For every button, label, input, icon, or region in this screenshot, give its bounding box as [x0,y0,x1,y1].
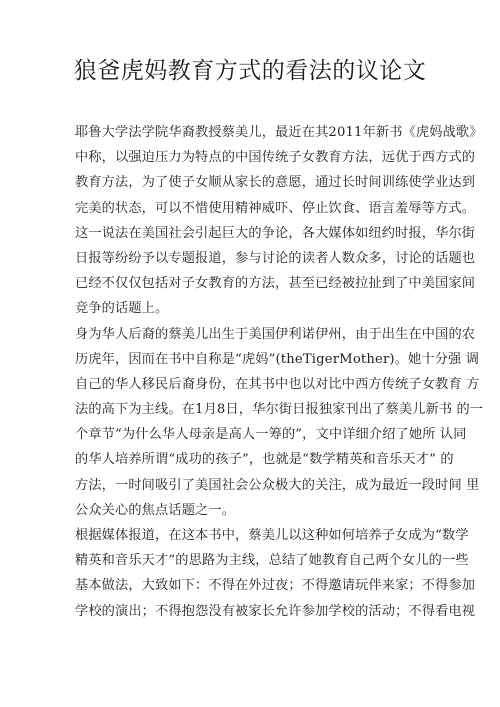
text-line: 日报等纷纷予以专题报道，参与讨论的读者人数众多，讨论的话题也 [75,246,439,271]
paragraph-3: 身为华人后裔的蔡美儿出生于美国伊利诺伊州，由于出生在中国的农 历虎年，因而在书中… [75,322,439,524]
document-page: 狼爸虎妈教育方式的看法的议论文 耶鲁大学法学院华裔教授蔡美儿，最近在其2011年… [0,0,500,707]
text-line: 根据媒体报道，在这本书中，蔡美儿以这种如何培养子女成为“数学 [75,523,439,548]
text-line: 法的高下为主线。在1月8日，华尔街日报独家刊出了蔡美儿新书 的一 [75,397,439,422]
text-line: 基本做法，大致如下：不得在外过夜；不得邀请玩伴来家；不得参加 [75,573,439,598]
paragraph-2: 这一说法在美国社会引起巨大的争论，各大媒体如纽约时报，华尔街 日报等纷纷予以专题… [75,221,439,322]
text-line: 历虎年，因而在书中自称是“虎妈”(theTigerMother)。她十分强 调 [75,347,439,372]
paragraph-1: 耶鲁大学法学院华裔教授蔡美儿，最近在其2011年新书《虎妈战歌》 中称，以强迫压… [75,120,439,221]
text-line: 完美的状态，可以不惜使用精神威吓、停止饮食、语言羞辱等方式。 [75,196,439,221]
text-line: 中称，以强迫压力为特点的中国传统子女教育方法，远优于西方式的 [75,145,439,170]
text-line: 个章节“为什么华人母亲是高人一筹的”，文中详细介绍了她所 认同 [75,422,439,447]
text-line: 精英和音乐天才”的思路为主线，总结了她教育自己两个女儿的一些 [75,548,439,573]
document-title: 狼爸虎妈教育方式的看法的议论文 [0,56,500,86]
text-line: 耶鲁大学法学院华裔教授蔡美儿，最近在其2011年新书《虎妈战歌》 [75,120,439,145]
text-line: 的华人培养所谓“成功的孩子”，也就是“数学精英和音乐天才” 的 [75,447,439,472]
text-line: 教育方法，为了使子女顺从家长的意愿，通过长时间训练使学业达到 [75,170,439,195]
text-line: 竞争的话题上。 [75,296,439,321]
text-line: 方法，一时间吸引了美国社会公众极大的关注，成为最近一段时间 里 [75,473,439,498]
text-line: 学校的演出；不得抱怨没有被家长允许参加学校的活动；不得看电视 [75,599,439,624]
paragraph-4: 根据媒体报道，在这本书中，蔡美儿以这种如何培养子女成为“数学 精英和音乐天才”的… [75,523,439,624]
text-line: 自己的华人移民后裔身份，在其书中也以对比中西方传统子女教育 方 [75,372,439,397]
text-line: 身为华人后裔的蔡美儿出生于美国伊利诺伊州，由于出生在中国的农 [75,322,439,347]
text-line: 这一说法在美国社会引起巨大的争论，各大媒体如纽约时报，华尔街 [75,221,439,246]
text-line: 公众关心的焦点话题之一。 [75,498,439,523]
document-body: 耶鲁大学法学院华裔教授蔡美儿，最近在其2011年新书《虎妈战歌》 中称，以强迫压… [75,120,439,624]
text-line: 已经不仅仅包括对子女教育的方法，甚至已经被拉扯到了中美国家间 [75,271,439,296]
